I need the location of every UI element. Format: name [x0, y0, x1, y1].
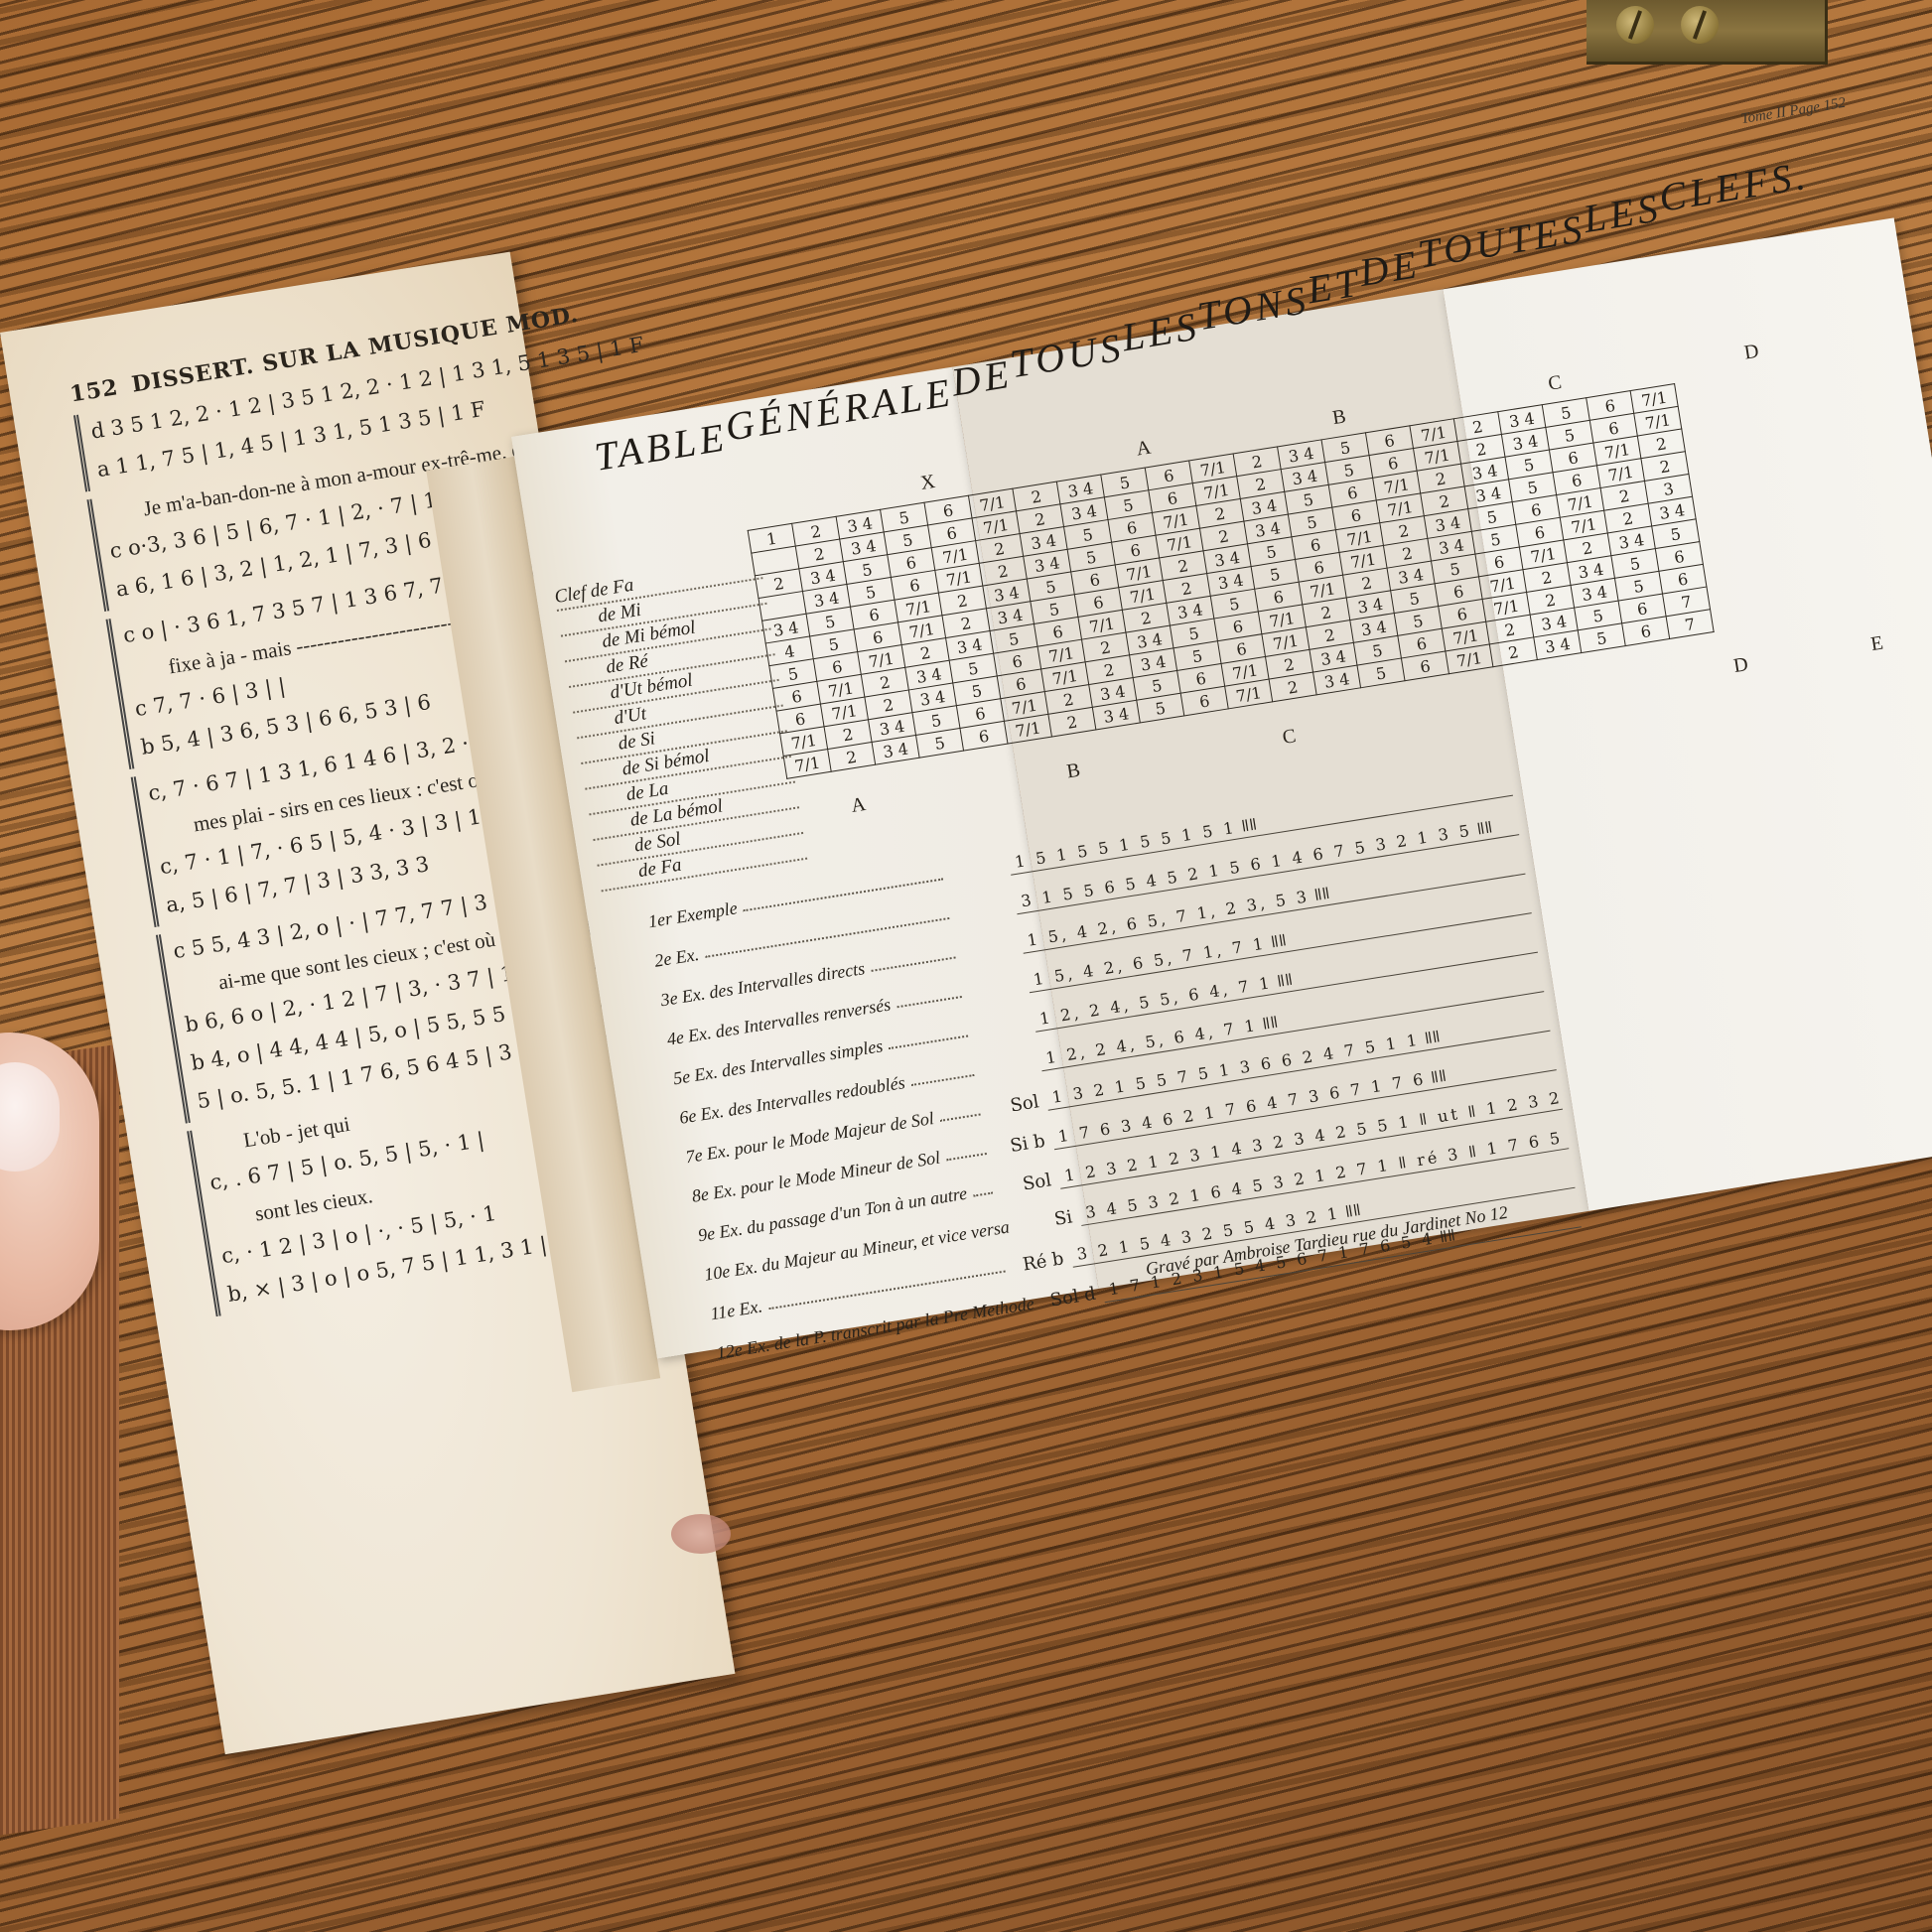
foldout-plate: Tome II Page 152 TABLE GÉNÉRALE DE TOUS …: [511, 217, 1932, 1358]
dotted-leader: [973, 1192, 993, 1197]
screw-icon: [1681, 6, 1719, 44]
title-word: TONS: [1194, 276, 1312, 340]
title-word: LES: [1581, 184, 1665, 242]
title-word: ET: [1304, 258, 1364, 313]
bookmark-ribbon: [671, 1514, 731, 1554]
page-number: 152: [69, 374, 120, 407]
brass-hinge: [1587, 0, 1828, 65]
dotted-leader: [946, 1153, 987, 1161]
title-word: CLEFS.: [1656, 152, 1812, 221]
screw-icon: [1616, 6, 1654, 44]
dotted-leader: [940, 1113, 981, 1121]
title-word: TOUTES: [1415, 205, 1588, 277]
title-word: TOUS: [1007, 324, 1127, 387]
example-key: Sol d: [1038, 1282, 1105, 1312]
title-word: DE: [948, 350, 1016, 406]
thumb: [0, 1033, 99, 1330]
title-word: DE: [1356, 240, 1424, 296]
plate-page-reference: Tome II Page 152: [1739, 95, 1847, 128]
thumbnail: [0, 1062, 60, 1172]
title-word: LES: [1119, 302, 1203, 360]
